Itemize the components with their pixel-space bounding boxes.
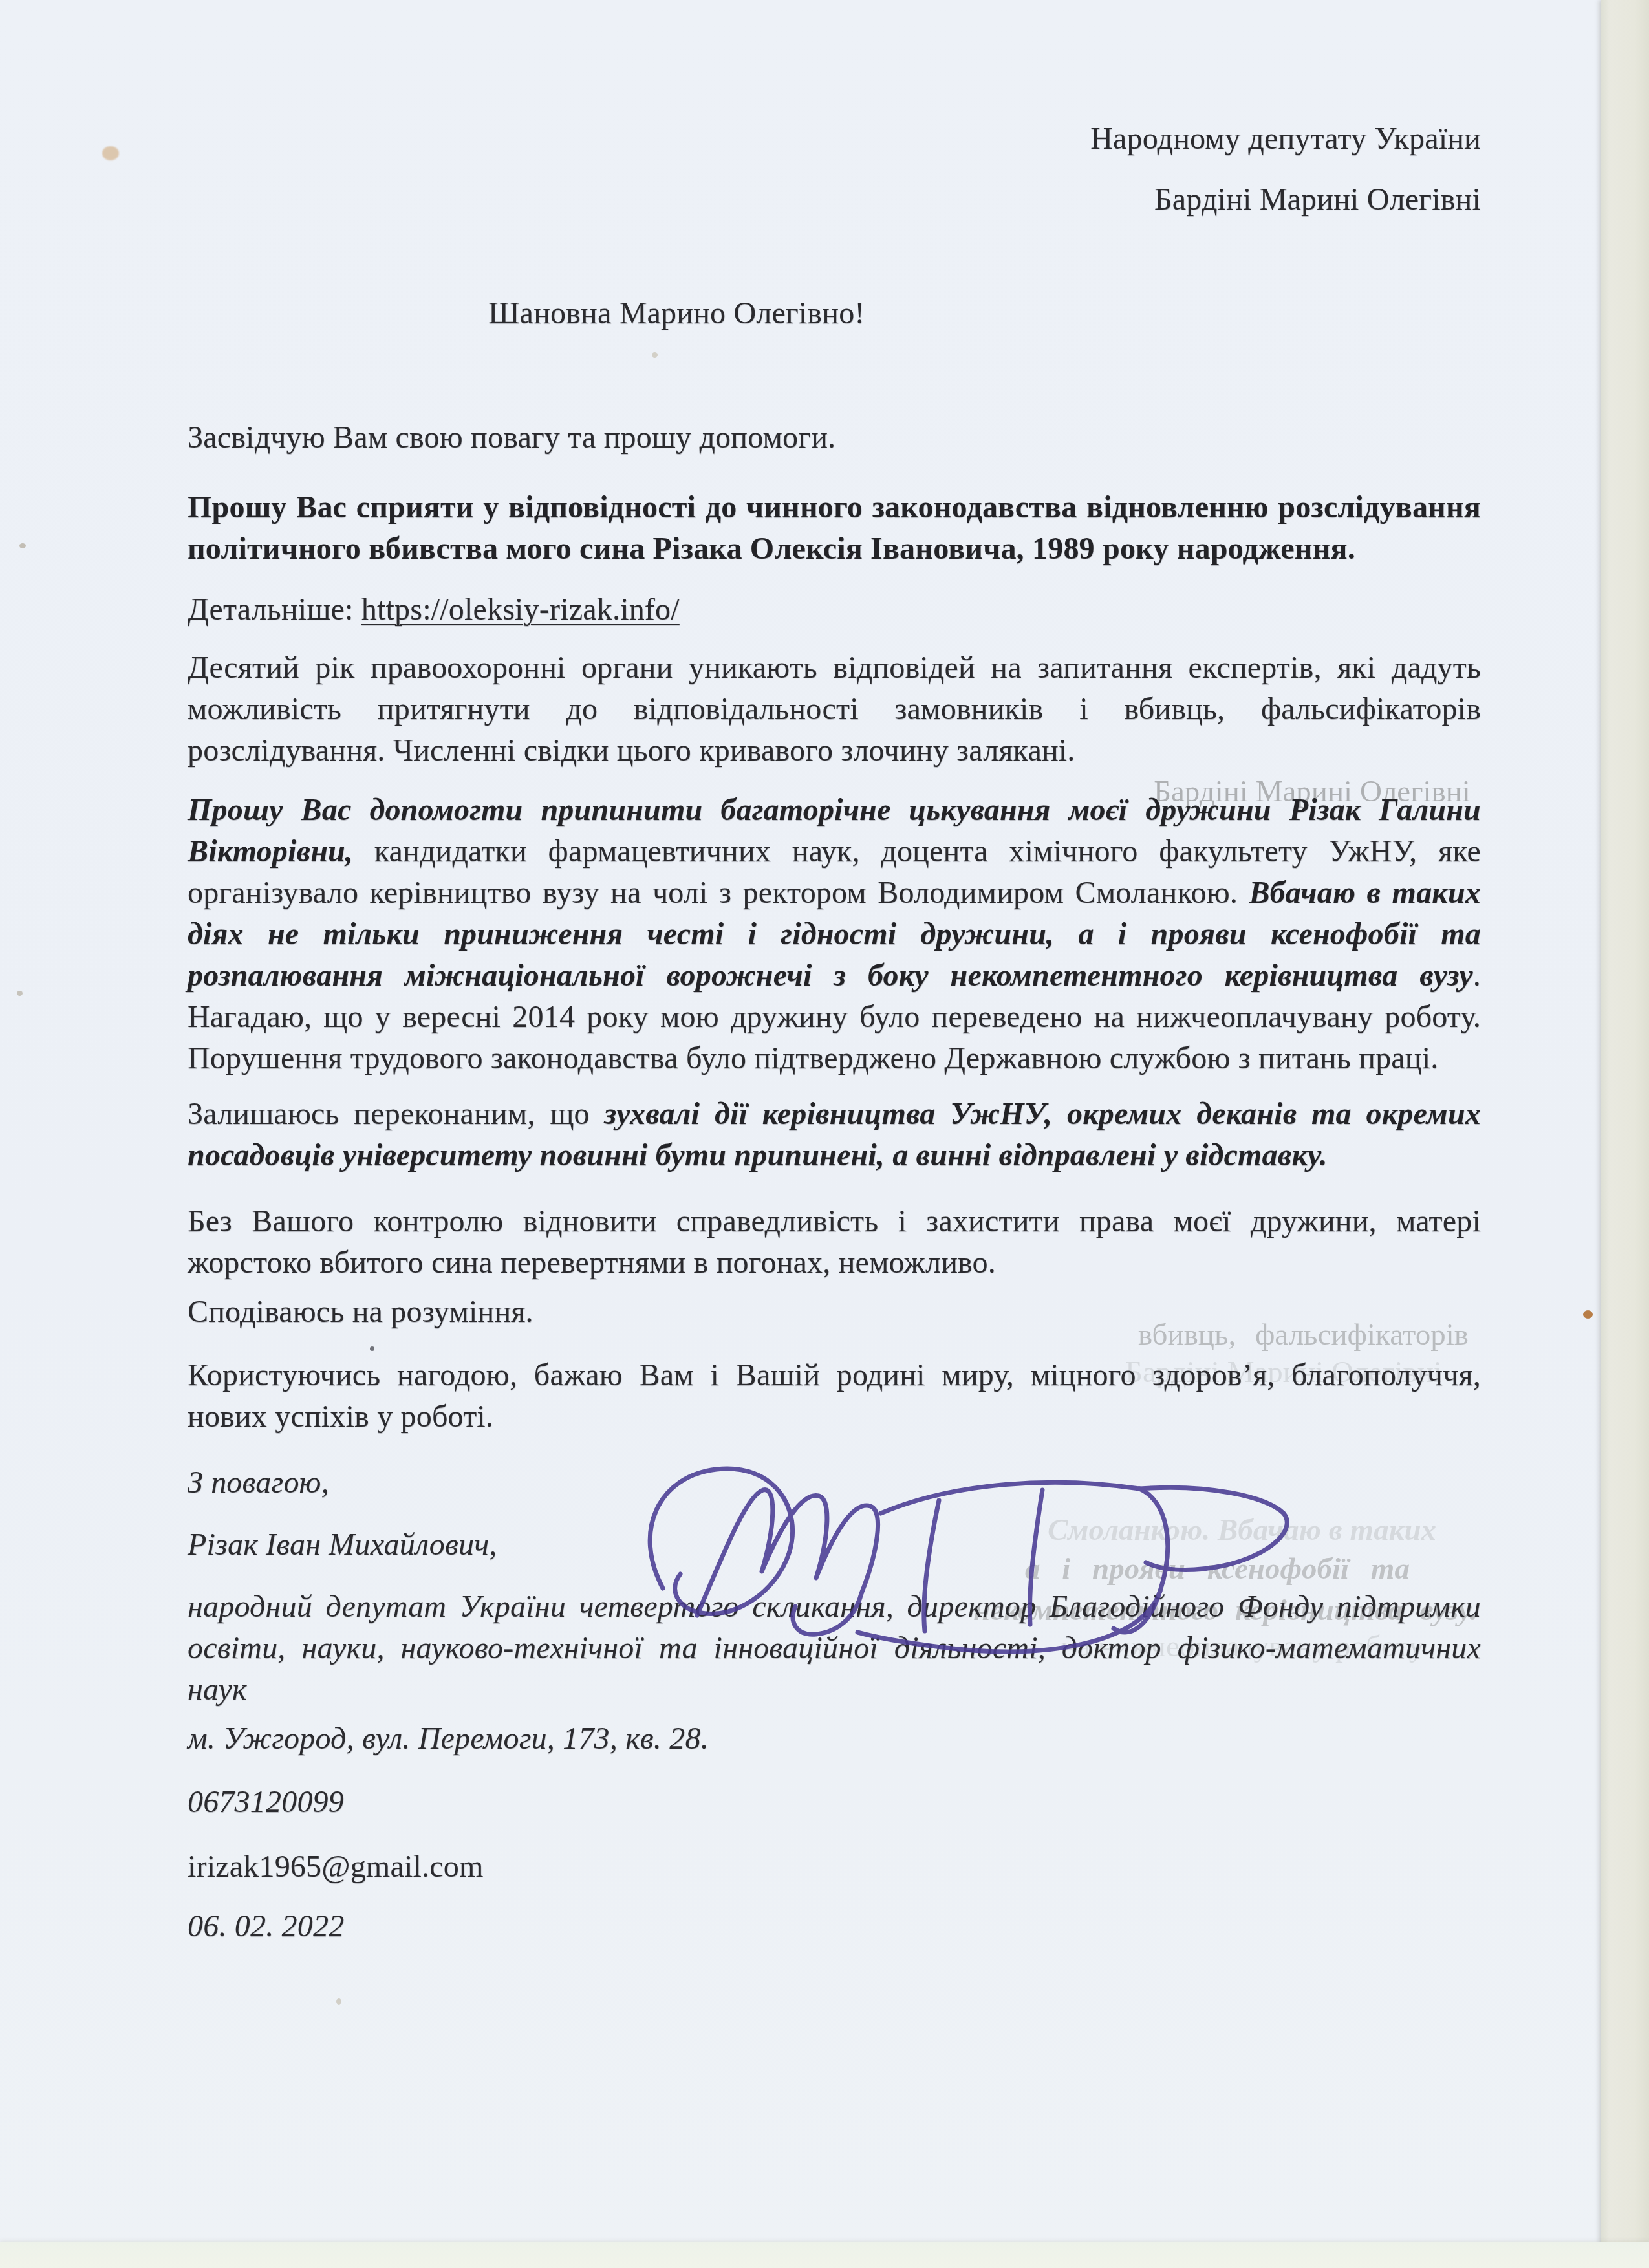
salutation: Шановна Марино Олегівно! [488,293,1481,334]
paper-speck [652,352,658,358]
details-label: Детальніше: [188,592,361,627]
scanner-edge-bottom [0,2242,1649,2268]
paragraph-wife: Прошу Вас допомогти припинити багаторічн… [188,790,1481,1079]
recipient-line-1: Народному депутату України [188,118,1481,160]
paper-stain [1583,1310,1593,1319]
signature [601,1453,1313,1672]
paragraph-details-link: Детальніше: https://oleksiy-rizak.info/ [188,589,1481,631]
paper-speck [17,991,23,996]
ink-speck [370,1346,374,1351]
paper-speck [19,543,26,548]
paragraph-request-bold: Прошу Вас сприяти у відповідності до чин… [188,487,1481,570]
signer-address: м. Ужгород, вул. Перемоги, 173, кв. 28. [188,1718,1481,1760]
letter-date: 06. 02. 2022 [188,1906,1481,1947]
paragraph-wishes: Користуючись нагодою, бажаю Вам і Вашій … [188,1355,1481,1438]
paragraph-control: Без Вашого контролю відновити справедлив… [188,1201,1481,1284]
conviction-lead: Залишаюсь переконаним, що [188,1097,605,1131]
recipient-line-2: Бардіні Марині Олегівні [188,179,1481,221]
paper-stain [102,146,119,160]
paper-speck [336,1998,341,2005]
scanner-edge-right [1601,0,1649,2268]
signer-phone: 0673120099 [188,1782,1481,1823]
paragraph-investigation: Десятий рік правоохоронні органи уникают… [188,647,1481,772]
paragraph-greeting: Засвідчую Вам свою повагу та прошу допом… [188,417,1481,459]
paragraph-hope: Сподіваюсь на розуміння. [188,1291,1481,1333]
scanned-letter-page: Бардіні Марині Олегівні вбивць, фальсифі… [0,0,1649,2268]
paragraph-conviction: Залишаюсь переконаним, що зухвалі дії ке… [188,1094,1481,1176]
url-link-text: https://oleksiy-rizak.info/ [361,592,680,627]
signer-email: irizak1965@gmail.com [188,1846,1481,1888]
